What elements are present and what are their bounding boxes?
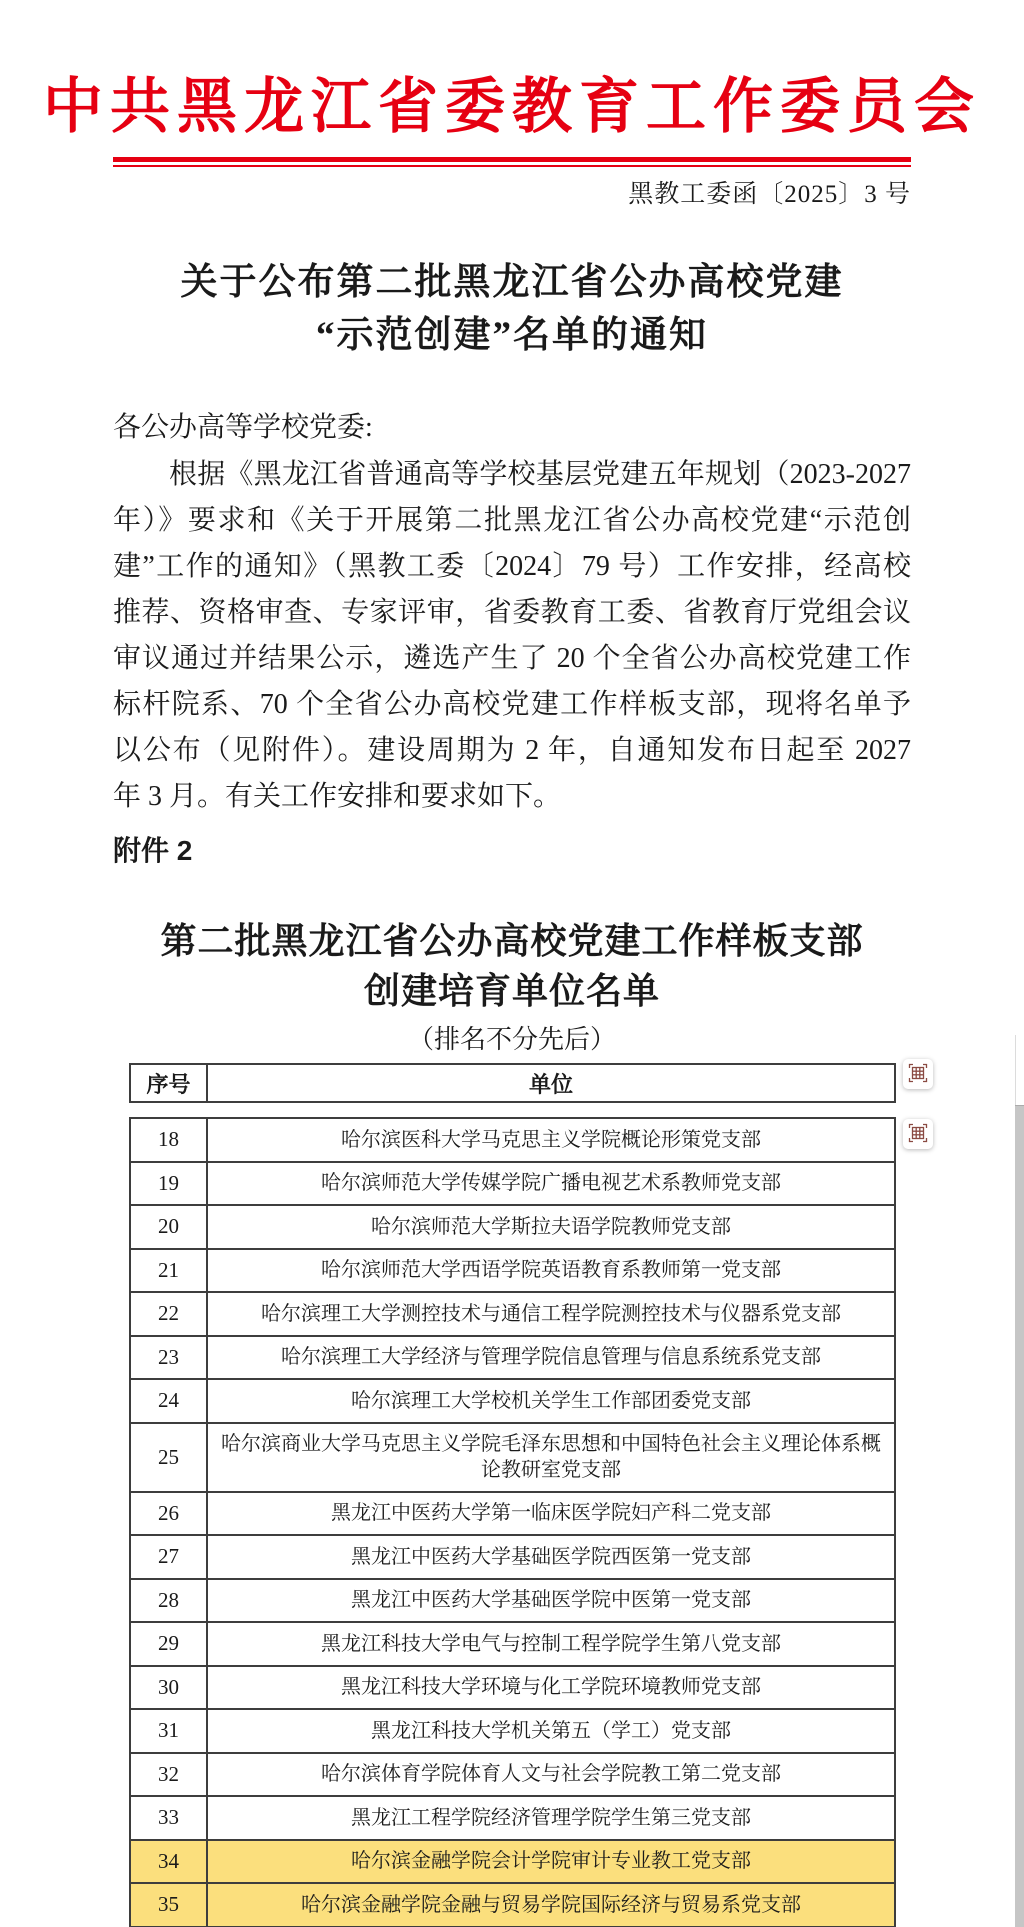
red-rule-thick	[113, 157, 911, 162]
row-index-cell: 22	[131, 1293, 208, 1335]
body-line: 审议通过并结果公示，遴选产生了 20 个全省公办高校党建工作	[113, 636, 911, 682]
row-unit-cell: 哈尔滨商业大学马克思主义学院毛泽东思想和中国特色社会主义理论体系概论教研室党支部	[208, 1424, 894, 1491]
table-row: 22哈尔滨理工大学测控技术与通信工程学院测控技术与仪器系党支部	[131, 1293, 894, 1337]
scrollbar-track	[1015, 1035, 1024, 1105]
table-row: 33黑龙江工程学院经济管理学院学生第三党支部	[131, 1797, 894, 1841]
table-row: 19哈尔滨师范大学传媒学院广播电视艺术系教师党支部	[131, 1163, 894, 1207]
table-row: 32哈尔滨体育学院体育人文与社会学院教工第二党支部	[131, 1754, 894, 1798]
attachment-title: 第二批黑龙江省公办高校党建工作样板支部 创建培育单位名单	[63, 916, 961, 1016]
row-index-cell: 27	[131, 1536, 208, 1578]
org-title: 中共黑龙江省委教育工作委员会	[0, 58, 1024, 146]
row-index-cell: 20	[131, 1206, 208, 1248]
row-index-cell: 23	[131, 1337, 208, 1379]
table-row: 26黑龙江中医药大学第一临床医学院妇产科二党支部	[131, 1493, 894, 1537]
row-index-cell: 35	[131, 1884, 208, 1926]
table-row: 29黑龙江科技大学电气与控制工程学院学生第八党支部	[131, 1623, 894, 1667]
row-index-cell: 26	[131, 1493, 208, 1535]
red-rule-thin	[113, 165, 911, 167]
row-unit-cell: 哈尔滨理工大学校机关学生工作部团委党支部	[208, 1380, 894, 1422]
row-unit-cell: 哈尔滨理工大学经济与管理学院信息管理与信息系统系党支部	[208, 1337, 894, 1379]
table-row: 28黑龙江中医药大学基础医学院中医第一党支部	[131, 1580, 894, 1624]
table-row: 21哈尔滨师范大学西语学院英语教育系教师第一党支部	[131, 1250, 894, 1294]
doc-number: 黑教工委函〔2025〕3 号	[113, 179, 911, 211]
table-select-button[interactable]	[903, 1119, 933, 1149]
table-select-icon	[908, 1063, 928, 1086]
ranking-note: （排名不分先后）	[63, 1024, 961, 1056]
unit-table: 18哈尔滨医科大学马克思主义学院概论形策党支部19哈尔滨师范大学传媒学院广播电视…	[129, 1117, 896, 1927]
row-unit-cell: 哈尔滨金融学院会计学院审计专业教工党支部	[208, 1841, 894, 1883]
table-row: 25哈尔滨商业大学马克思主义学院毛泽东思想和中国特色社会主义理论体系概论教研室党…	[131, 1424, 894, 1493]
row-unit-cell: 哈尔滨理工大学测控技术与通信工程学院测控技术与仪器系党支部	[208, 1293, 894, 1335]
table-row: 31黑龙江科技大学机关第五（学工）党支部	[131, 1710, 894, 1754]
row-index-cell: 29	[131, 1623, 208, 1665]
table-row: 34哈尔滨金融学院会计学院审计专业教工党支部	[131, 1841, 894, 1885]
body-line: 年 3 月。有关工作安排和要求如下。	[113, 774, 911, 820]
row-unit-cell: 哈尔滨体育学院体育人文与社会学院教工第二党支部	[208, 1754, 894, 1796]
table-row: 23哈尔滨理工大学经济与管理学院信息管理与信息系统系党支部	[131, 1337, 894, 1381]
salutation: 各公办高等学校党委:	[113, 408, 911, 448]
row-unit-cell: 哈尔滨师范大学斯拉夫语学院教师党支部	[208, 1206, 894, 1248]
row-unit-cell: 黑龙江中医药大学第一临床医学院妇产科二党支部	[208, 1493, 894, 1535]
body-paragraph: 根据《黑龙江省普通高等学校基层党建五年规划（2023-2027年）》要求和《关于…	[113, 452, 911, 820]
row-index-cell: 33	[131, 1797, 208, 1839]
row-index-cell: 32	[131, 1754, 208, 1796]
scrollbar-thumb[interactable]	[1015, 1105, 1024, 1927]
table-select-button[interactable]	[903, 1059, 933, 1089]
row-unit-cell: 哈尔滨师范大学西语学院英语教育系教师第一党支部	[208, 1250, 894, 1292]
doc-title-line-1: 关于公布第二批黑龙江省公办高校党建	[63, 256, 961, 309]
doc-title-line-2: “示范创建”名单的通知	[63, 309, 961, 362]
attachment-title-line-1: 第二批黑龙江省公办高校党建工作样板支部	[63, 916, 961, 966]
row-index-cell: 18	[131, 1119, 208, 1161]
row-index-cell: 19	[131, 1163, 208, 1205]
row-unit-cell: 黑龙江科技大学电气与控制工程学院学生第八党支部	[208, 1623, 894, 1665]
row-index-cell: 21	[131, 1250, 208, 1292]
table-row: 24哈尔滨理工大学校机关学生工作部团委党支部	[131, 1380, 894, 1424]
table-header-row: 序号 单位	[129, 1063, 896, 1103]
row-unit-cell: 黑龙江科技大学机关第五（学工）党支部	[208, 1710, 894, 1752]
row-unit-cell: 黑龙江中医药大学基础医学院中医第一党支部	[208, 1580, 894, 1622]
body-line: 以公布（见附件）。建设周期为 2 年，自通知发布日起至 2027	[113, 728, 911, 774]
attachment-title-line-2: 创建培育单位名单	[63, 966, 961, 1016]
row-index-cell: 30	[131, 1667, 208, 1709]
table-row: 27黑龙江中医药大学基础医学院西医第一党支部	[131, 1536, 894, 1580]
row-unit-cell: 黑龙江科技大学环境与化工学院环境教师党支部	[208, 1667, 894, 1709]
row-index-cell: 25	[131, 1424, 208, 1491]
row-index-cell: 24	[131, 1380, 208, 1422]
body-line: 年）》要求和《关于开展第二批黑龙江省公办高校党建“示范创	[113, 498, 911, 544]
document-page: 中共黑龙江省委教育工作委员会 黑教工委函〔2025〕3 号 关于公布第二批黑龙江…	[0, 0, 1024, 1927]
body-line: 根据《黑龙江省普通高等学校基层党建五年规划（2023-2027	[113, 452, 911, 498]
row-index-cell: 34	[131, 1841, 208, 1883]
body-line: 推荐、资格审查、专家评审，省委教育工委、省教育厅党组会议	[113, 590, 911, 636]
table-row: 30黑龙江科技大学环境与化工学院环境教师党支部	[131, 1667, 894, 1711]
body-line: 建”工作的通知》（黑教工委〔2024〕79 号）工作安排，经高校	[113, 544, 911, 590]
table-row: 20哈尔滨师范大学斯拉夫语学院教师党支部	[131, 1206, 894, 1250]
row-unit-cell: 黑龙江工程学院经济管理学院学生第三党支部	[208, 1797, 894, 1839]
attachment-label: 附件 2	[113, 834, 513, 868]
row-index-cell: 31	[131, 1710, 208, 1752]
body-line: 标杆院系、70 个全省公办高校党建工作样板支部，现将名单予	[113, 682, 911, 728]
row-index-cell: 28	[131, 1580, 208, 1622]
table-row: 18哈尔滨医科大学马克思主义学院概论形策党支部	[131, 1119, 894, 1163]
row-unit-cell: 哈尔滨金融学院金融与贸易学院国际经济与贸易系党支部	[208, 1884, 894, 1926]
row-unit-cell: 哈尔滨医科大学马克思主义学院概论形策党支部	[208, 1119, 894, 1161]
header-cell-index: 序号	[131, 1065, 208, 1101]
header-cell-unit: 单位	[208, 1065, 894, 1101]
table-select-icon	[908, 1123, 928, 1146]
table-row: 35哈尔滨金融学院金融与贸易学院国际经济与贸易系党支部	[131, 1884, 894, 1927]
doc-title: 关于公布第二批黑龙江省公办高校党建 “示范创建”名单的通知	[63, 256, 961, 362]
row-unit-cell: 哈尔滨师范大学传媒学院广播电视艺术系教师党支部	[208, 1163, 894, 1205]
row-unit-cell: 黑龙江中医药大学基础医学院西医第一党支部	[208, 1536, 894, 1578]
